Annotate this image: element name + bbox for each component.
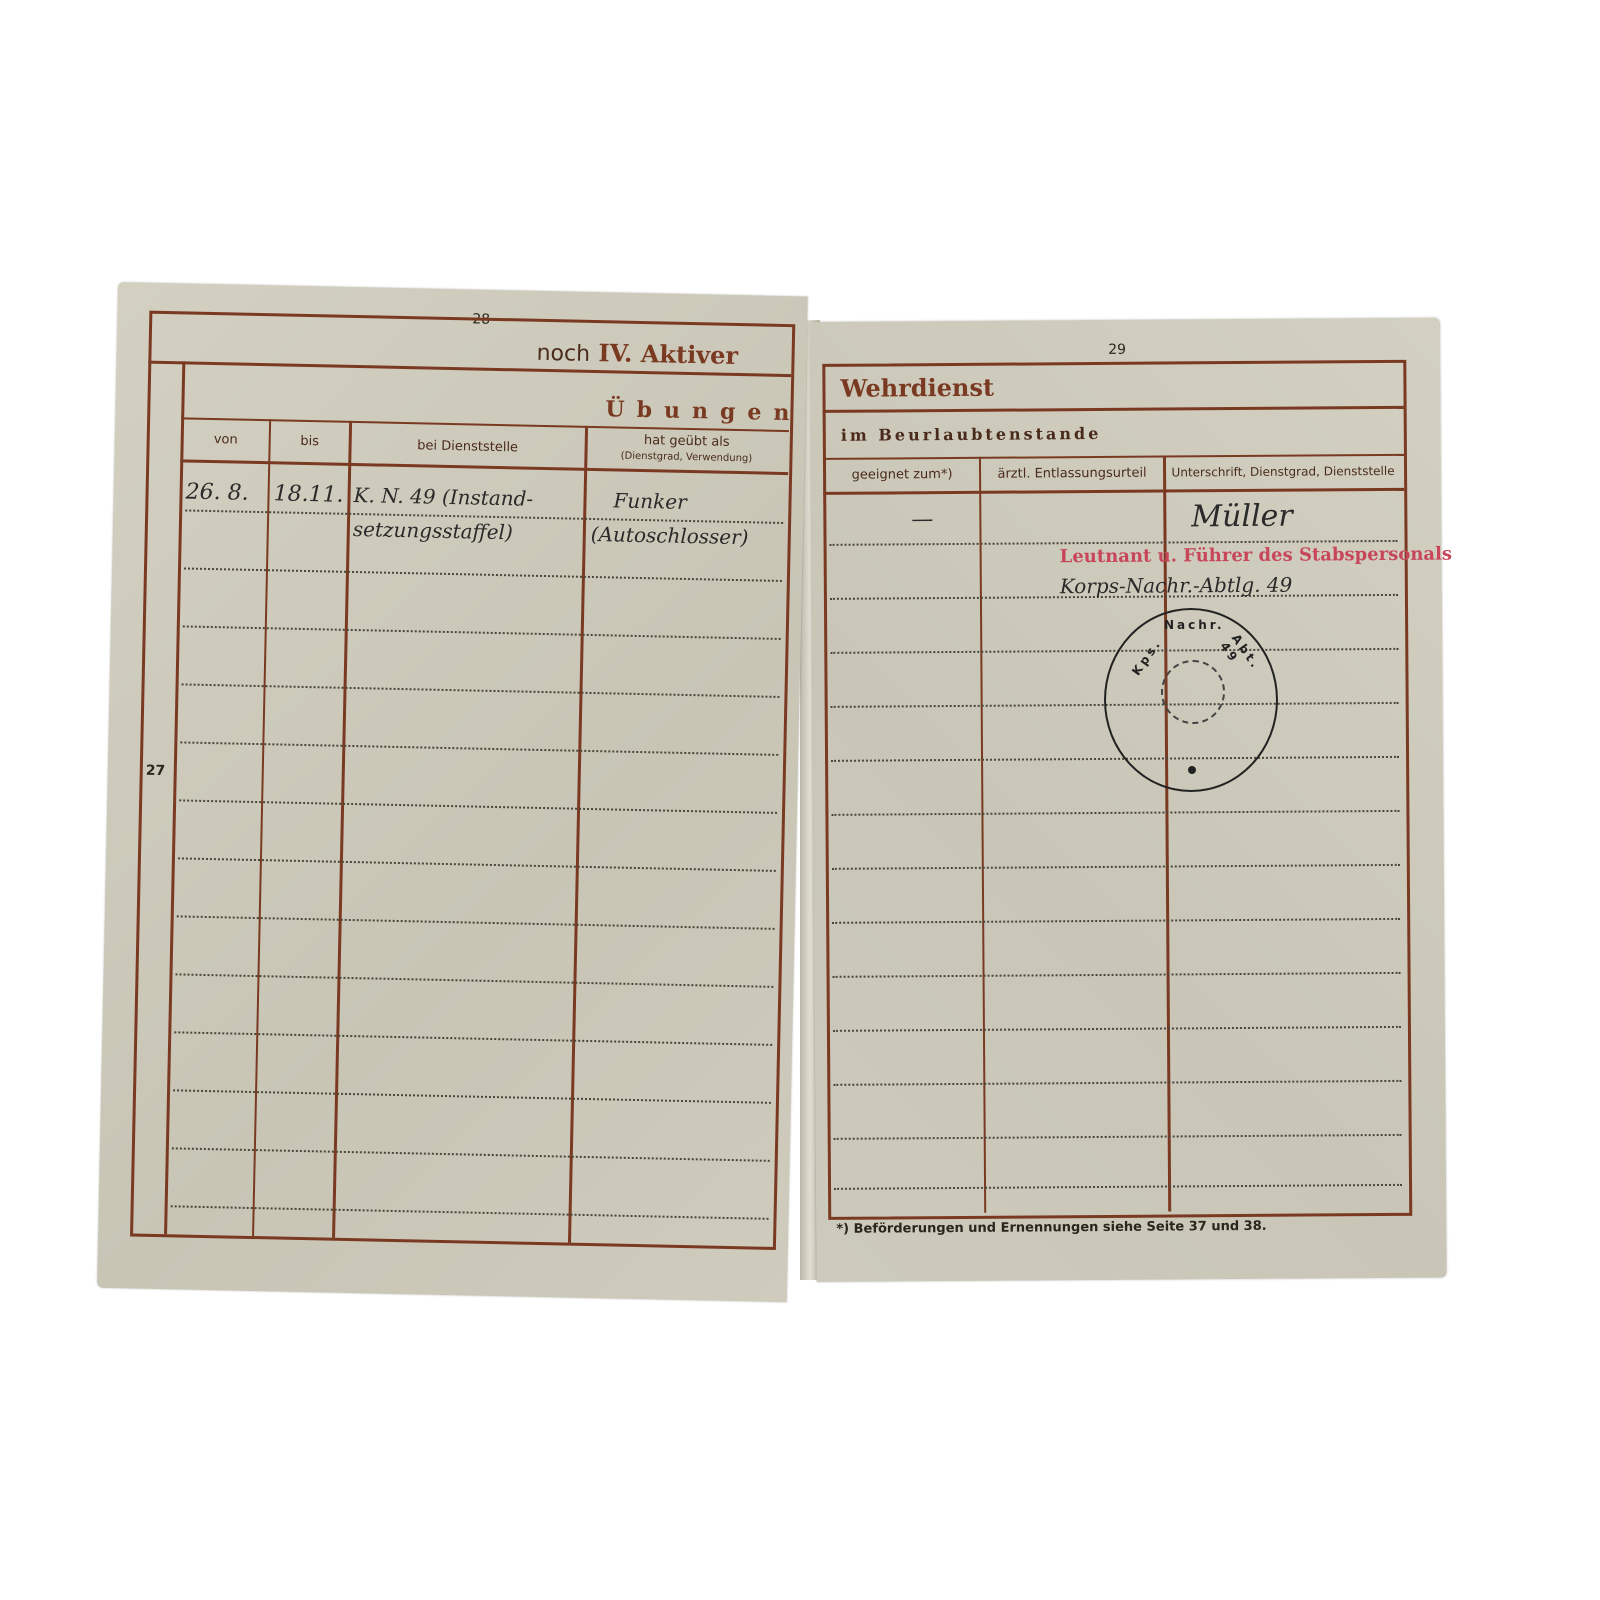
section-title: noch IV. Aktiver: [536, 337, 738, 370]
footnote: *) Beförderungen und Ernennungen siehe S…: [836, 1219, 1266, 1237]
entry-geeignet: —: [911, 507, 933, 532]
title-main: IV. Aktiver: [598, 338, 738, 370]
column-header-bis: bis: [271, 433, 349, 450]
entry-dienststelle-line1: K. N. 49 (Instand-: [353, 483, 533, 511]
stamp-emblem-icon: [1161, 660, 1225, 724]
entry-dienststelle-line2: setzungsstaffel): [353, 517, 513, 544]
section-title-wehrdienst: Wehrdienst: [840, 373, 994, 403]
stamp-text-top: Nachr.: [1164, 618, 1225, 632]
official-stamp: Kps. Nachr. Abt. 49: [1104, 608, 1278, 792]
side-number-27: 27: [146, 763, 166, 779]
subsection-title: im Beurlaubtenstande: [841, 424, 1102, 445]
column-header-unterschrift: Unterschrift, Dienstgrad, Dienststelle: [1165, 464, 1401, 480]
entry-geuebt-als-line1: Funker: [613, 488, 687, 514]
column-header-geeignet: geeignet zum*): [825, 467, 979, 483]
column-header-von: von: [183, 431, 269, 448]
stamp-text-left: Kps.: [1129, 636, 1164, 678]
column-header-entlassungsurteil: ärztl. Entlassungsurteil: [981, 466, 1163, 482]
entry-unit: Korps-Nachr.-Abtlg. 49: [1060, 573, 1293, 599]
entry-von: 26. 8.: [185, 479, 248, 505]
page-number-29: 29: [1108, 342, 1126, 358]
entry-geuebt-als-line2: (Autoschlosser): [591, 522, 749, 549]
stamp-dot: [1188, 766, 1196, 774]
entry-signature: Müller: [1191, 499, 1293, 535]
right-page: 29 Wehrdienst im Beurlaubtenstande geeig…: [810, 318, 1447, 1282]
left-page: 28 noch IV. Aktiver Übungen von bis bei …: [97, 282, 808, 1302]
rank-stamp: Leutnant u. Führer des Stabspersonals: [1060, 544, 1453, 568]
subsection-title: Übungen: [605, 396, 801, 426]
title-prefix: noch: [536, 341, 590, 367]
entry-bis: 18.11.: [273, 481, 343, 507]
